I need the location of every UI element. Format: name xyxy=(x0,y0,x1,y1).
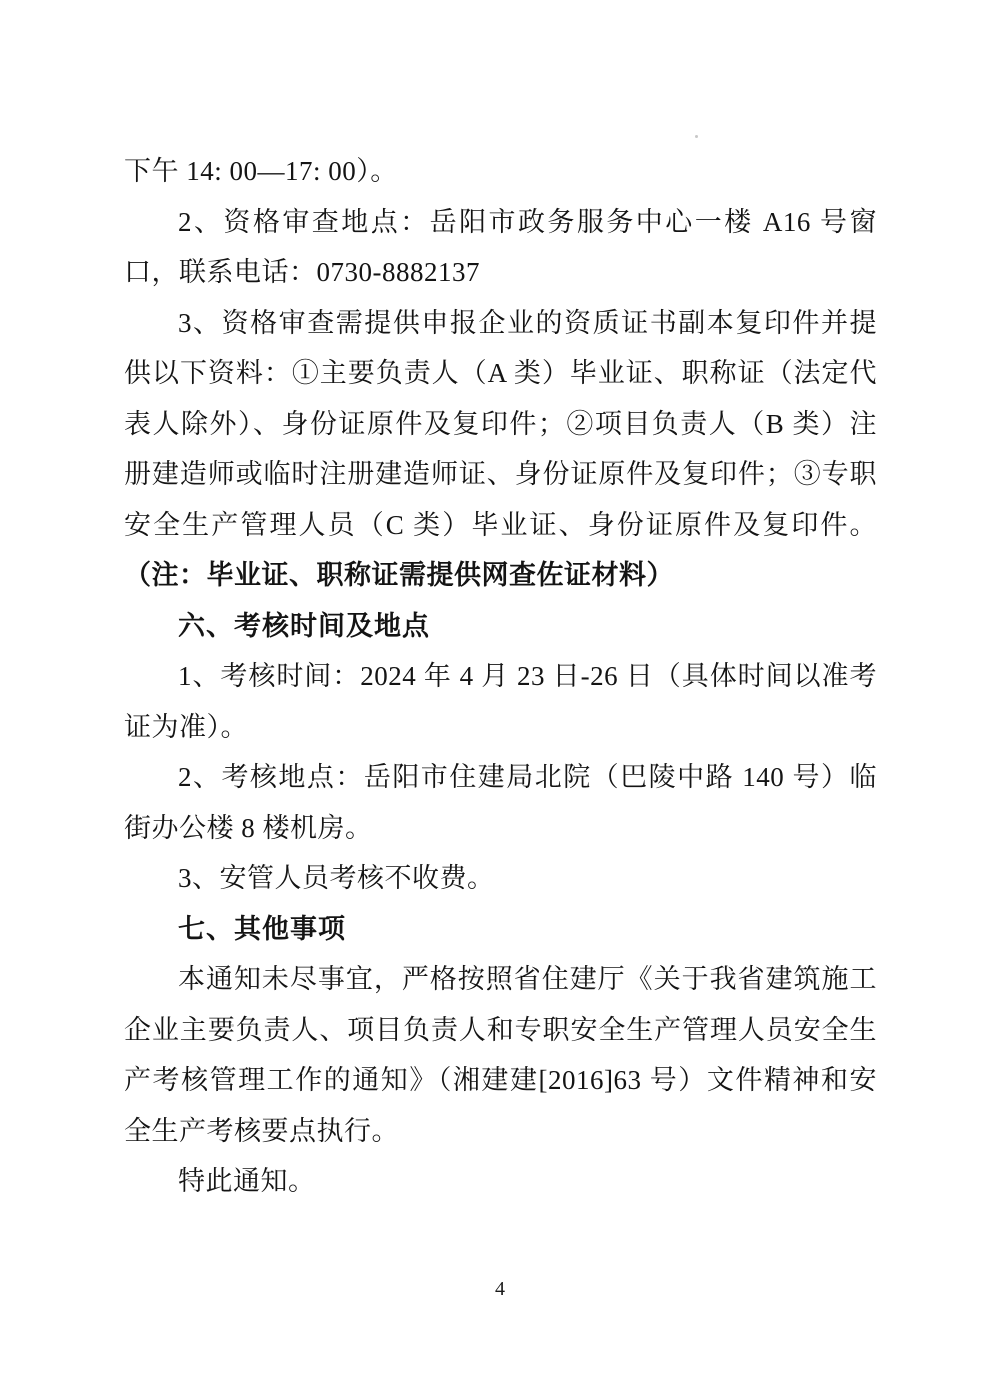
paragraph-review-location: 2、资格审查地点：岳阳市政务服务中心一楼 A16 号窗口，联系电话：0730-8… xyxy=(124,197,877,298)
heading-section-seven: 七、其他事项 xyxy=(124,904,877,955)
heading-section-six: 六、考核时间及地点 xyxy=(124,601,877,652)
review-materials-note: （注：毕业证、职称证需提供网查佐证材料） xyxy=(124,560,674,590)
paragraph-other-matters: 本通知未尽事宜，严格按照省住建厅《关于我省建筑施工企业主要负责人、项目负责人和专… xyxy=(124,954,877,1156)
document-page: 下午 14: 00—17: 00）。 2、资格审查地点：岳阳市政务服务中心一楼 … xyxy=(0,0,1000,1383)
review-materials-text: 3、资格审查需提供申报企业的资质证书副本复印件并提供以下资料：①主要负责人（A … xyxy=(124,308,877,540)
paragraph-exam-time: 1、考核时间：2024 年 4 月 23 日-26 日（具体时间以准考证为准）。 xyxy=(124,651,877,752)
scan-speck xyxy=(231,1024,234,1027)
paragraph-exam-fee: 3、安管人员考核不收费。 xyxy=(124,853,877,904)
paragraph-review-materials: 3、资格审查需提供申报企业的资质证书副本复印件并提供以下资料：①主要负责人（A … xyxy=(124,298,877,601)
paragraph-time-continuation: 下午 14: 00—17: 00）。 xyxy=(124,146,877,197)
document-body: 下午 14: 00—17: 00）。 2、资格审查地点：岳阳市政务服务中心一楼 … xyxy=(124,146,877,1207)
scan-speck xyxy=(695,135,698,138)
paragraph-exam-location: 2、考核地点：岳阳市住建局北院（巴陵中路 140 号）临街办公楼 8 楼机房。 xyxy=(124,752,877,853)
paragraph-closing: 特此通知。 xyxy=(124,1156,877,1207)
page-number: 4 xyxy=(0,1278,1000,1301)
